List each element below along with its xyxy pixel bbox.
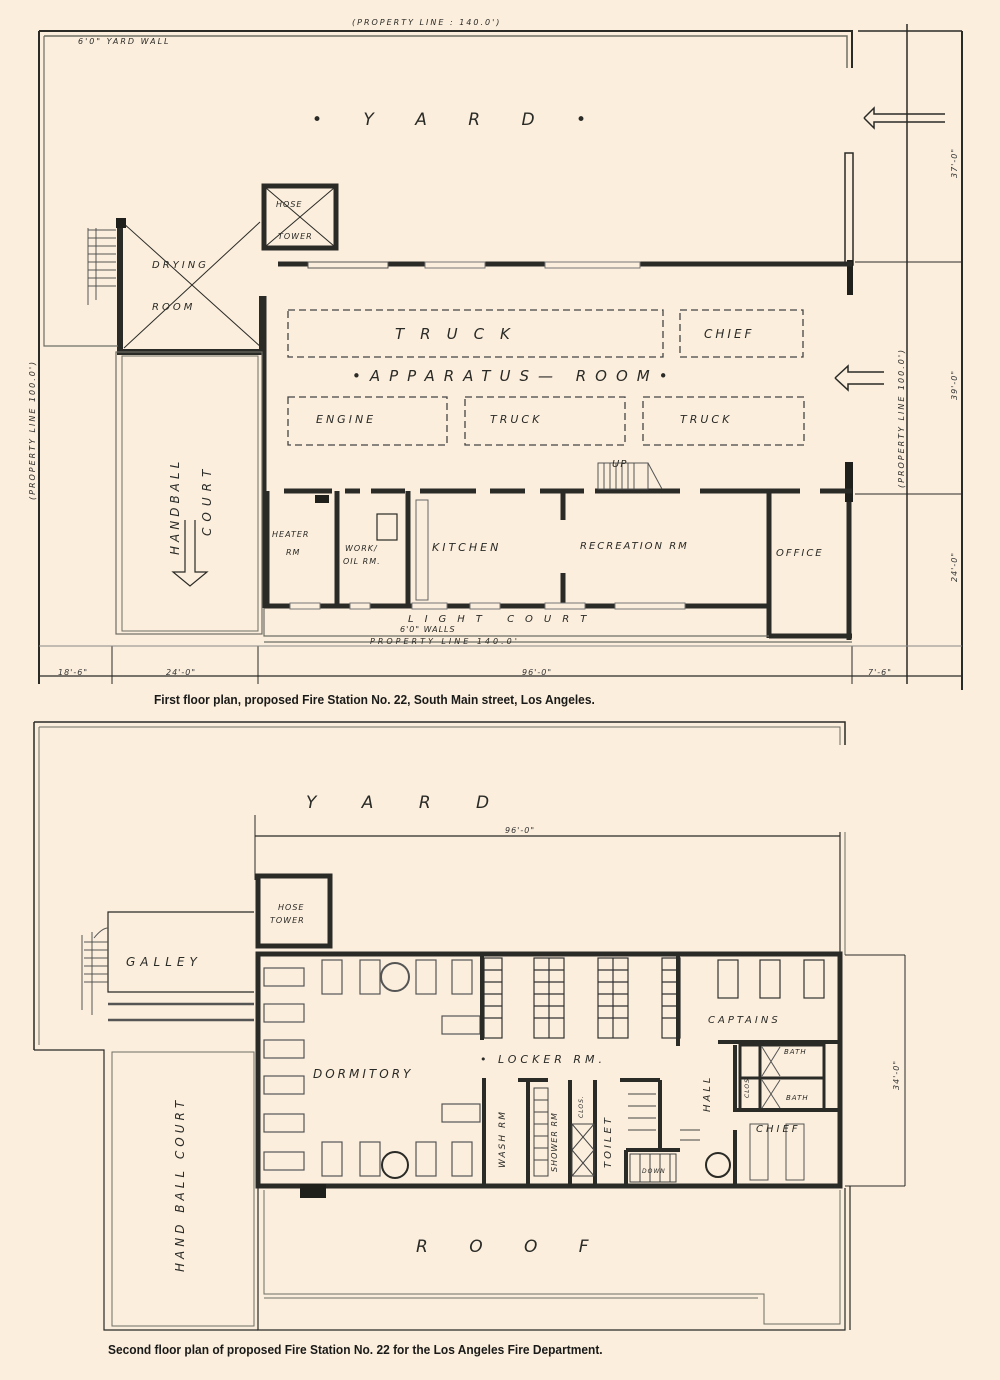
locker-rm-label: • LOCKER RM. (480, 1053, 606, 1066)
property-line-bottom-label: PROPERTY LINE 140.0' (370, 637, 520, 646)
light-court-label: LIGHT COURT (408, 614, 597, 625)
dimension-bottom-4: 7'-6" (868, 668, 892, 677)
heater-rm-label-1: HEATER (272, 530, 309, 539)
dimension-right-mid: 39'-0" (950, 370, 959, 400)
dimension-right-second: 34'-0" (892, 1060, 901, 1090)
property-line-right-label: (PROPERTY LINE 100.0') (897, 348, 906, 488)
work-oil-rm-label-2: OIL RM. (343, 557, 381, 566)
yard-label-second: Y A R D (306, 793, 509, 813)
engine-bay-label: ENGINE (316, 413, 376, 426)
stair-down-label: DOWN (642, 1168, 666, 1175)
first-floor-caption: First floor plan, proposed Fire Station … (154, 692, 595, 707)
hose-tower-label-second-2: TOWER (270, 916, 305, 925)
closet-label: CLOS. (578, 1095, 585, 1118)
apparatus-room-label: •APPARATUS— ROOM• (352, 367, 677, 385)
work-oil-rm-label-1: WORK/ (345, 544, 378, 553)
dimension-right-top: 37'-0" (950, 148, 959, 178)
dimension-top-second: 96'-0" (505, 826, 535, 835)
hose-tower-label-second-1: HOSE (278, 903, 304, 912)
dimension-bottom-1: 18'-6" (58, 668, 88, 677)
floor-plan-drawing (0, 0, 1000, 1380)
office-label: OFFICE (776, 548, 824, 559)
dimension-right-bottom: 24'-0" (950, 552, 959, 582)
galley-label: GALLEY (126, 955, 202, 969)
truck-bay-right-label: TRUCK (680, 413, 732, 426)
dimension-bottom-3: 96'-0" (522, 668, 552, 677)
wash-rm-label: WASH RM (498, 1110, 508, 1168)
heater-rm-label-2: RM (286, 548, 300, 557)
property-line-left-label: (PROPERTY LINE 100.0') (28, 360, 37, 500)
captains-label: CAPTAINS (708, 1015, 781, 1026)
drying-room-label-2: ROOM (152, 302, 195, 313)
shower-rm-label: SHOWER RM (550, 1112, 559, 1172)
truck-bay-mid-label: TRUCK (490, 413, 542, 426)
hose-tower-label-1: HOSE (276, 200, 302, 209)
dimension-bottom-2: 24'-0" (166, 668, 196, 677)
toilet-label: TOILET (603, 1115, 614, 1168)
clos-2-label: CLOS (744, 1078, 751, 1098)
chief-room-label: CHIEF (756, 1124, 801, 1135)
handball-court-label-1: HANDBALL (168, 458, 182, 555)
walls-note: 6'0" WALLS (400, 625, 456, 634)
drying-room-label-1: DRYING (152, 260, 209, 271)
hand-ball-court-label: HAND BALL COURT (173, 1097, 187, 1272)
recreation-rm-label: RECREATION RM (580, 541, 689, 552)
hose-tower-label-2: TOWER (278, 232, 313, 241)
hall-label: HALL (702, 1074, 713, 1112)
yard-wall-note: 6'0" YARD WALL (78, 37, 171, 46)
dormitory-label: DORMITORY (313, 1067, 413, 1081)
yard-label: • Y A R D • (312, 110, 604, 130)
chief-bay-label: CHIEF (704, 327, 754, 341)
bath-2-label: BATH (786, 1094, 809, 1102)
truck-bay-top-label: TRUCK (395, 325, 526, 343)
handball-court-label-2: COURT (200, 464, 214, 536)
kitchen-label: KITCHEN (432, 541, 501, 554)
stair-up-label: UP (612, 459, 627, 470)
second-floor-caption: Second floor plan of proposed Fire Stati… (108, 1342, 603, 1357)
property-line-top-label: (PROPERTY LINE : 140.0') (352, 18, 501, 27)
roof-label: R O O F (416, 1237, 607, 1257)
bath-1-label: BATH (784, 1048, 807, 1056)
